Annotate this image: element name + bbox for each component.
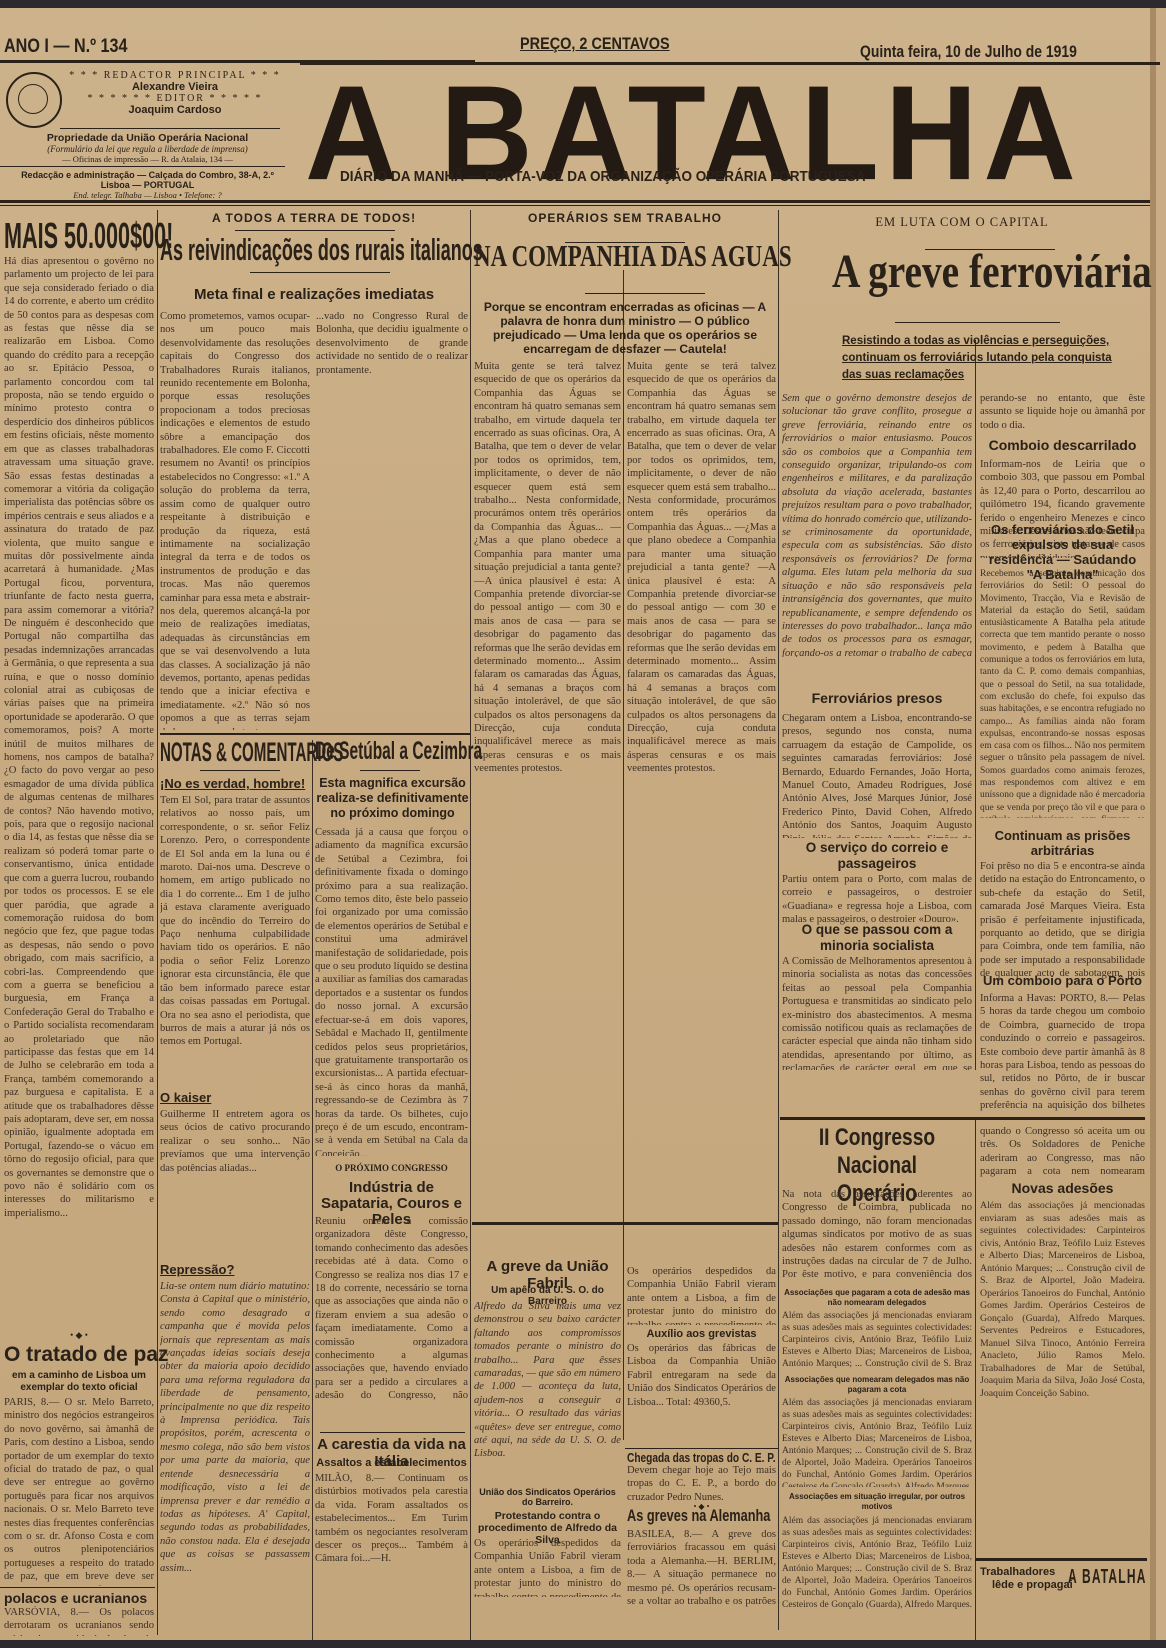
headline-prisoes-arbitrarias: Continuam as prisões arbitrárias [980,828,1145,858]
headline-servico-correio: O serviço do correio e passageiros [782,840,972,872]
article-congresso-body: Na nota das associações aderentes ao Con… [782,1188,972,1278]
headline-setubal-cezimbra: De Setúbal a Cezimbra [315,737,482,766]
article-alemanha-body: BASILEA, 8.— A greve dos ferroviários fr… [627,1528,776,1608]
article-aguas-body-col2: Muita gente se terá talvez esquecido de … [627,360,776,1215]
headline-comboio-descarrilado: Comboio descarrilado [980,437,1145,453]
article-repressao-body: Lia-se ontem num diário matutino: Consta… [160,1280,310,1635]
subhead-rurais: Meta final e realizações imediatas [160,286,468,303]
list-delegados-sem-cota: Além das associações já mencionadas envi… [782,1397,972,1487]
article-sapataria-body: Reuniu ontem a comissão organizadora dês… [315,1215,468,1400]
subhead-greve-ferroviaria: Resistindo a todas as violências e perse… [842,333,1132,384]
article-mais-50000-body: Há dias apresentou o govêrno no parlamen… [4,255,154,1323]
footer-slogan: Trabalhadores lêde e propagai [980,1566,1073,1592]
article-tratado-body: PARIS, 8.— O sr. Melo Barreto, ministro … [4,1396,154,1586]
article-novas-adesoes-body: Além das associações já mencionadas envi… [980,1200,1145,1552]
address-line: Redacção e administração — Calçada do Co… [0,170,295,180]
article-congresso-col2: quando o Congresso só aceita um ou três.… [980,1125,1145,1180]
article-polacos-body: VARSÓVIA, 8.— Os polacos derrotaram os u… [4,1606,154,1636]
subhead-carestia: Assaltos a estabelecimentos [315,1457,468,1469]
headline-companhia-aguas: NA COMPANHIA DAS AGUAS [474,238,792,274]
headline-greve-ferroviaria: A greve ferroviária [832,244,1152,299]
article-carestia-body: MILÃO, 8.— Continuam os distúrbios motiv… [315,1472,468,1632]
list-situacao-irregular: Além das associações já mencionadas envi… [782,1515,972,1610]
editor-name: Alexandre Vieira [60,81,290,93]
headline-tratado-de-paz: O tratado de paz [4,1343,169,1367]
issue-number: ANO I — N.º 134 [4,36,127,58]
subhead-repressao: Repressão? [160,1262,234,1277]
subhead-cota-sem-delegados: Associações que pagaram a cota de adesão… [782,1288,972,1308]
publisher-name: Joaquim Cardoso [60,104,290,116]
article-uniao-fabril-col2: Os operários despedidos da Companhia Uni… [627,1265,776,1325]
headline-chegada-tropas: Chegada das tropas do C. E. P. [627,1450,776,1465]
article-ferroviarios-presos-body: Chegaram ontem a Lisboa, encontrando-se … [782,712,972,838]
print-shop: — Oficinas de impressão — R. da Atalaia,… [0,154,295,164]
headline-minoria-socialista: O que se passou com a minoria socialista [782,922,972,954]
editor-label: REDACTOR PRINCIPAL [104,70,247,81]
article-minoria-body: A Comissão de Melhoramentos apresentou à… [782,955,972,1070]
kicker-proximo-congresso: O PRÓXIMO CONGRESSO [315,1163,468,1173]
subhead-tratado: em a caminho de Lisboa um exemplar do te… [4,1370,154,1394]
footer-brand: A BATALHA [1068,1566,1147,1589]
price: PREÇO, 2 CENTAVOS [520,34,670,54]
subhead-delegados-sem-cota: Associações que nomearam delegados mas n… [782,1375,972,1395]
union-seal-icon [6,72,62,128]
city-line: Lisboa — PORTUGAL [0,180,295,190]
headline-novas-adesoes: Novas adesões [980,1180,1145,1196]
headline-rurais-italianos: As reivindicações dos rurais italianos [160,232,483,268]
headline-auxilio-grevistas: Auxílio aos grevistas [627,1328,776,1340]
article-setil-body: Recebemos a seguinte comunicação dos fer… [980,568,1145,818]
headline-ferroviarios-presos: Ferroviários presos [782,690,972,706]
headline-greves-alemanha: As greves na Alemanha [627,1506,770,1526]
subhead-situacao-irregular: Associações em situação irregular, por o… [782,1492,972,1512]
kicker-em-luta: EM LUTA COM O CAPITAL [782,215,1142,230]
article-tropas-body: Devem chegar hoje ao Tejo mais tropas do… [627,1464,776,1506]
article-correio-body: Partiu ontem para o Porto, com malas de … [782,873,972,928]
owner-line: Propriedade da União Operária Nacional [0,132,295,144]
article-prisoes-body: Foi prêso no dia 5 e encontra-se ainda d… [980,860,1145,980]
headline-polacos-ucranianos: polacos e ucranianos [4,1590,147,1606]
article-setubal-body: Cessada já a causa que forçou o adiament… [315,826,468,1156]
article-comboio-porto-body: Informa a Havas: PORTO, 8.— Pelas 5 hora… [980,992,1145,1112]
article-uniao-fabril-body: Alfredo da Silva mais uma vez demonstrou… [474,1300,621,1458]
article-rurais-body-col2: ...vado no Congresso Rural de Bolonha, q… [316,310,468,730]
masthead-subtitle: DIÁRIO DA MANHÃ — PORTA-VOZ DA ORGANIZAÇ… [340,168,866,185]
subhead-o-kaiser: O kaiser [160,1090,211,1105]
kicker-aguas: OPERÁRIOS SEM TRABALHO [474,211,776,225]
headline-comboio-porto: Um comboio para o Pôrto [980,973,1145,988]
owner-note: (Formulário da lei que regula a liberdad… [0,144,295,154]
kicker-rurais: A TODOS A TERRA DE TODOS! [160,211,468,225]
article-greve-ferroviaria-body: Sem que o govêrno demonstre desejos de s… [782,392,972,657]
article-aguas-body: Muita gente se terá talvez esquecido de … [474,360,621,1215]
footer-slogan-line1: Trabalhadores [980,1566,1073,1579]
subhead-aguas: Porque se encontram encerradas as oficin… [474,300,776,356]
article-protestando-body: Os operários despedidos da Companhia Uni… [474,1537,621,1597]
signature-uso-barreiro: União dos Sindicatos Operários do Barrei… [474,1487,621,1507]
publisher-label: EDITOR [157,93,205,104]
subhead-no-es-verdad: ¡No es verdad, hombre! [160,776,305,791]
article-no-es-verdad-body: Tem El Sol, para tratar de assuntos rela… [160,794,310,1084]
telegraph-line: End. telegr. Talhaba — Lisboa • Telefone… [0,190,295,200]
headline-mais-50000: MAIS 50.000$00! [4,215,173,257]
article-auxilio-body: Os operários das fábricas de Lisboa da C… [627,1342,776,1447]
scan-top-edge [0,0,1166,8]
footer-slogan-line2: lêde e propagai [980,1579,1073,1592]
list-cota-sem-delegados: Além das associações já mencionadas envi… [782,1310,972,1370]
article-greve-ferroviaria-col2: perando-se no entanto, que êste assunto … [980,392,1145,434]
subhead-setubal: Esta magnifica excursão realiza-se defin… [315,776,470,821]
article-rurais-body: Como prometemos, vamos ocupar-nos um pou… [160,310,310,730]
